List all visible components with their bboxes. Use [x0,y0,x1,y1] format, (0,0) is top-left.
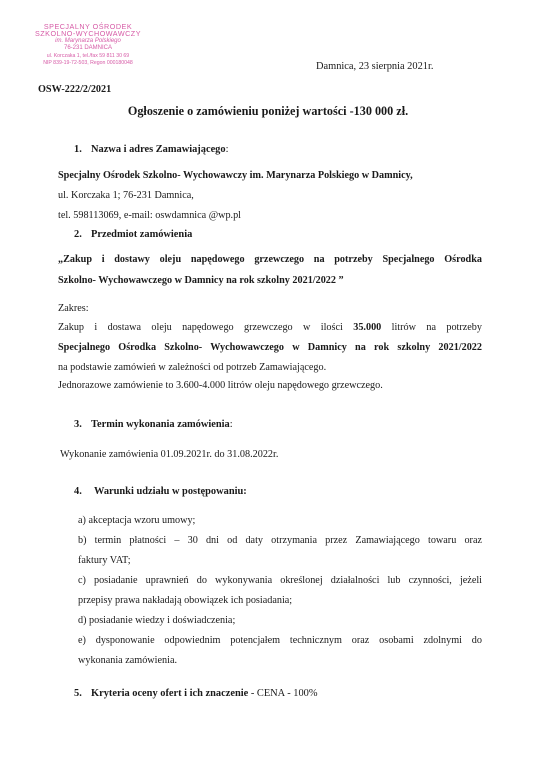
section-number: 4. [74,486,94,497]
execution-period: Wykonanie zamówienia 01.09.2021r. do 31.… [60,449,278,460]
condition-item-e-cont: wykonania zamówienia. [78,655,177,666]
scope-text: litrów na potrzeby [381,322,482,333]
condition-item-c-cont: przepisy prawa nakładają obowiązek ich p… [78,595,292,606]
scope-quantity: 35.000 [353,322,381,333]
condition-item-c: c) posiadanie uprawnień do wykonywania o… [78,575,482,586]
section-title: Przedmiot zamówienia [91,229,192,240]
section-4-heading: 4.Warunki udziału w postępowaniu: [74,486,247,497]
section-title: Kryteria oceny ofert i ich znaczenie [91,688,248,699]
section-number: 1. [74,144,91,155]
section-title: Nazwa i adres Zamawiającego [91,144,226,155]
organization-name: Specjalny Ośrodek Szkolno- Wychowawczy i… [58,170,413,181]
section-2-heading: 2.Przedmiot zamówienia [74,229,192,240]
section-suffix: : [230,419,233,430]
condition-item-e: e) dysponowanie odpowiednim potencjałem … [78,635,482,646]
document-title: Ogłoszenie o zamówieniu poniżej wartości… [0,104,536,119]
condition-item-b: b) termin płatności – 30 dni od daty otr… [78,535,482,546]
scope-label: Zakres: [58,303,89,314]
stamp-line: im. Marynarza Polskiego [22,38,154,45]
subject-line-2: Szkolno- Wychowawczego w Damnicy na rok … [58,275,344,286]
stamp-line: SZKOLNO-WYCHOWAWCZY [22,30,154,37]
section-number: 2. [74,229,91,240]
institution-stamp: SPECJALNY OŚRODEK SZKOLNO-WYCHOWAWCZY im… [22,23,154,67]
scope-line-4: Jednorazowe zamówienie to 3.600-4.000 li… [58,380,383,391]
scope-line-3: na podstawie zamówień w zależności od po… [58,362,326,373]
place-date: Damnica, 23 sierpnia 2021r. [316,61,433,72]
section-3-heading: 3.Termin wykonania zamówienia: [74,419,233,430]
section-number: 5. [74,688,91,699]
section-number: 3. [74,419,91,430]
organization-address: ul. Korczaka 1; 76-231 Damnica, [58,190,194,201]
stamp-line: 76-231 DAMNICA [22,45,154,52]
scope-line-2: Specjalnego Ośrodka Szkolno- Wychowawcze… [58,342,482,353]
criteria-value: - CENA - 100% [248,688,317,699]
section-title: Warunki udziału w postępowaniu: [94,486,247,497]
condition-item-b-cont: faktury VAT; [78,555,131,566]
scope-text: Zakup i dostawa oleju napędowego grzewcz… [58,322,353,333]
subject-line-1: „Zakup i dostawy oleju napędowego grzewc… [58,254,482,265]
section-title: Termin wykonania zamówienia [91,419,230,430]
stamp-line: ul. Korczaka 1, tel./fax 59 811 30 69 [22,53,154,60]
organization-contact: tel. 598113069, e-mail: oswdamnica @wp.p… [58,210,241,221]
condition-item-a: a) akceptacja wzoru umowy; [78,515,195,526]
condition-item-d: d) posiadanie wiedzy i doświadczenia; [78,615,235,626]
stamp-line: NIP 839-19-72-503, Regon 000180048 [22,60,154,67]
section-1-heading: 1.Nazwa i adres Zamawiającego: [74,144,228,155]
scope-line-1: Zakup i dostawa oleju napędowego grzewcz… [58,322,482,333]
reference-number: OSW-222/2/2021 [38,84,111,95]
section-suffix: : [226,144,229,155]
section-5-heading: 5.Kryteria oceny ofert i ich znaczenie -… [74,688,318,699]
